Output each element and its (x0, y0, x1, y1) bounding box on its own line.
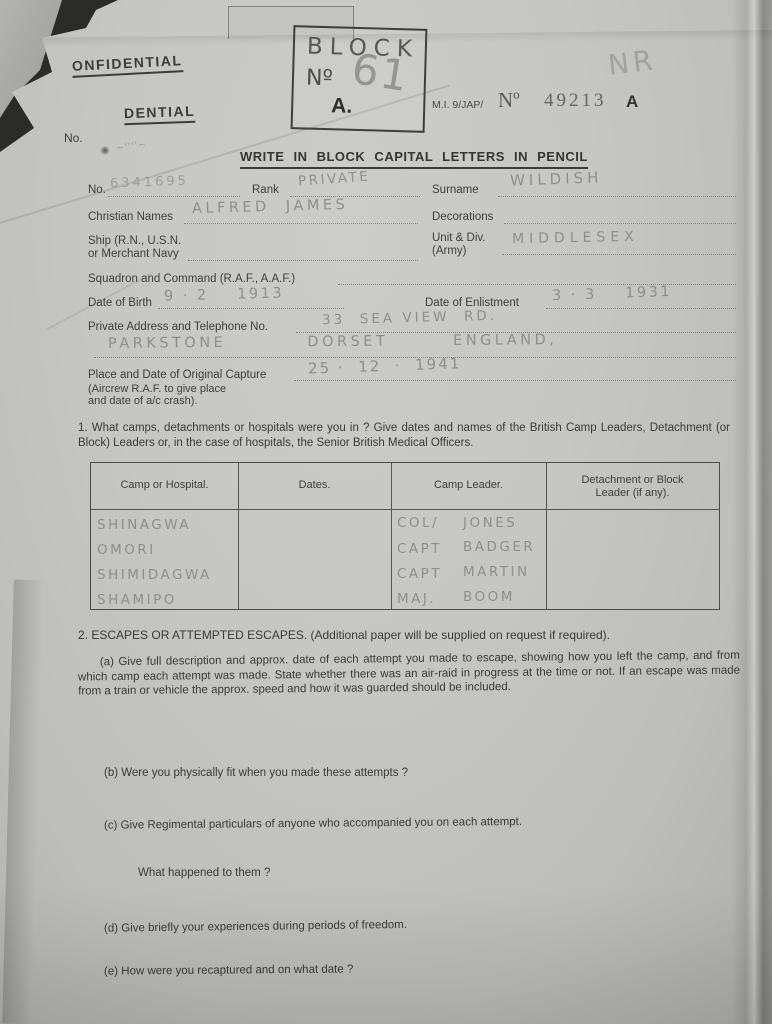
block-number-handwritten: 61 (349, 44, 413, 101)
field-ship-line (188, 260, 418, 261)
form-heading: WRITE IN BLOCK CAPITAL LETTERS IN PENCIL (240, 149, 588, 169)
question-2c-followup-text: What happened to them ? (138, 866, 538, 881)
field-number-value: 6341695 (110, 174, 189, 192)
field-capture-line (294, 380, 736, 381)
mi9-suffix: A (626, 92, 638, 112)
field-christian-line (184, 223, 418, 224)
field-decorations-label: Decorations (432, 211, 493, 224)
camps-table: Camp or Hospital. Dates. Camp Leader. De… (90, 462, 720, 610)
field-capture-note-line2: and date of a/c crash). (88, 395, 197, 408)
field-squadron-label: Squadron and Command (R.A.F., A.A.F.) (88, 273, 295, 286)
corner-no-label: No. (64, 132, 83, 145)
camp-leader-rank-2: CAPT (397, 541, 442, 557)
form-page: ONFIDENTIAL DENTIAL No. ~''''~ BLOCK Nº … (0, 0, 772, 1024)
camp-leader-rank-1: COL/ (397, 515, 439, 531)
bottom-shadow (0, 884, 772, 1024)
field-ship-label-line1: Ship (R.N., U.S.N. (88, 235, 181, 248)
camp-name-1: SHINAGWA (97, 517, 191, 533)
block-stamp-letter: A. (331, 94, 353, 119)
field-address-label: Private Address and Telephone No. (88, 321, 268, 334)
field-decorations-line (504, 223, 736, 224)
pencil-note-nr: NR (606, 43, 658, 82)
field-number-line (108, 196, 240, 197)
camp-leader-name-4: BOOM (463, 589, 515, 605)
page-right-edge-curl (732, 0, 772, 1024)
field-dob-value: 9 · 2 1913 (164, 285, 285, 304)
field-ship-label-line2: or Merchant Navy (88, 248, 179, 261)
field-unit-label-line1: Unit & Div. (432, 232, 485, 245)
field-capture-label: Place and Date of Original Capture (88, 369, 266, 382)
field-rank-label: Rank (252, 184, 279, 197)
camp-leader-rank-4: MAJ. (397, 591, 436, 607)
camp-leader-name-1: JONES (463, 515, 517, 531)
field-rank-value: PRIVATE (298, 168, 371, 189)
mi9-number: 49213 (544, 90, 607, 112)
question-1-text: 1. What camps, detachments or hospitals … (78, 421, 730, 450)
table-header-block-line1: Detachment or Block (546, 474, 719, 487)
confidential-stamp-top: ONFIDENTIAL (72, 52, 184, 78)
field-number-label: No. (88, 184, 106, 197)
field-surname-line (498, 196, 736, 197)
field-address-value-line2: PARKSTONE DORSET ENGLAND, (108, 332, 557, 352)
question-2a-text: (a) Give full description and approx. da… (78, 649, 740, 699)
mi9-prefix: M.I. 9/JAP/ (432, 99, 483, 111)
table-header-dates: Dates. (238, 479, 391, 492)
field-squadron-line (338, 284, 736, 285)
field-dob-line (158, 308, 344, 309)
table-header-block-line2: Leader (if any). (546, 487, 719, 500)
camp-name-3: SHIMIDAGWA (97, 567, 212, 583)
question-2-heading: 2. ESCAPES OR ATTEMPTED ESCAPES. (Additi… (78, 628, 738, 643)
camp-leader-name-2: BADGER (463, 539, 535, 555)
mi9-no: Nº (498, 88, 520, 113)
field-rank-line (290, 196, 420, 197)
field-address-value-line1: 33 SEA VIEW RD. (322, 308, 497, 329)
field-surname-label: Surname (432, 184, 479, 197)
pencil-scribble: ~''''~ (115, 140, 147, 154)
camp-leader-rank-3: CAPT (397, 566, 442, 582)
field-christian-value: ALFRED JAMES (192, 197, 349, 217)
field-dob-label: Date of Birth (88, 297, 152, 310)
field-enlistment-value: 3 · 3 1931 (552, 284, 673, 304)
camp-name-2: OMORI (97, 542, 156, 558)
field-unit-value: MIDDLESEX (512, 229, 639, 247)
question-2b-text: (b) Were you physically fit when you mad… (104, 766, 704, 781)
table-header-leader: Camp Leader. (391, 479, 546, 492)
table-header-camp: Camp or Hospital. (91, 479, 238, 492)
scanned-pow-questionnaire: { "stamps": { "confidential_top": "ONFID… (0, 0, 772, 1024)
camp-leader-name-3: MARTIN (463, 564, 530, 580)
question-2c-text: (c) Give Regimental particulars of anyon… (104, 813, 704, 833)
field-surname-value: WILDISH (510, 168, 603, 189)
camp-name-4: SHAMIPO (97, 592, 177, 608)
field-unit-line (502, 254, 736, 255)
table-header-rule (91, 509, 719, 510)
confidential-stamp-bottom: DENTIAL (124, 103, 196, 125)
field-enlistment-line (546, 308, 736, 309)
field-unit-label-line2: (Army) (432, 245, 467, 258)
block-stamp-no: Nº (306, 66, 334, 92)
ink-smudge (100, 146, 110, 155)
field-christian-label: Christian Names (88, 211, 173, 224)
